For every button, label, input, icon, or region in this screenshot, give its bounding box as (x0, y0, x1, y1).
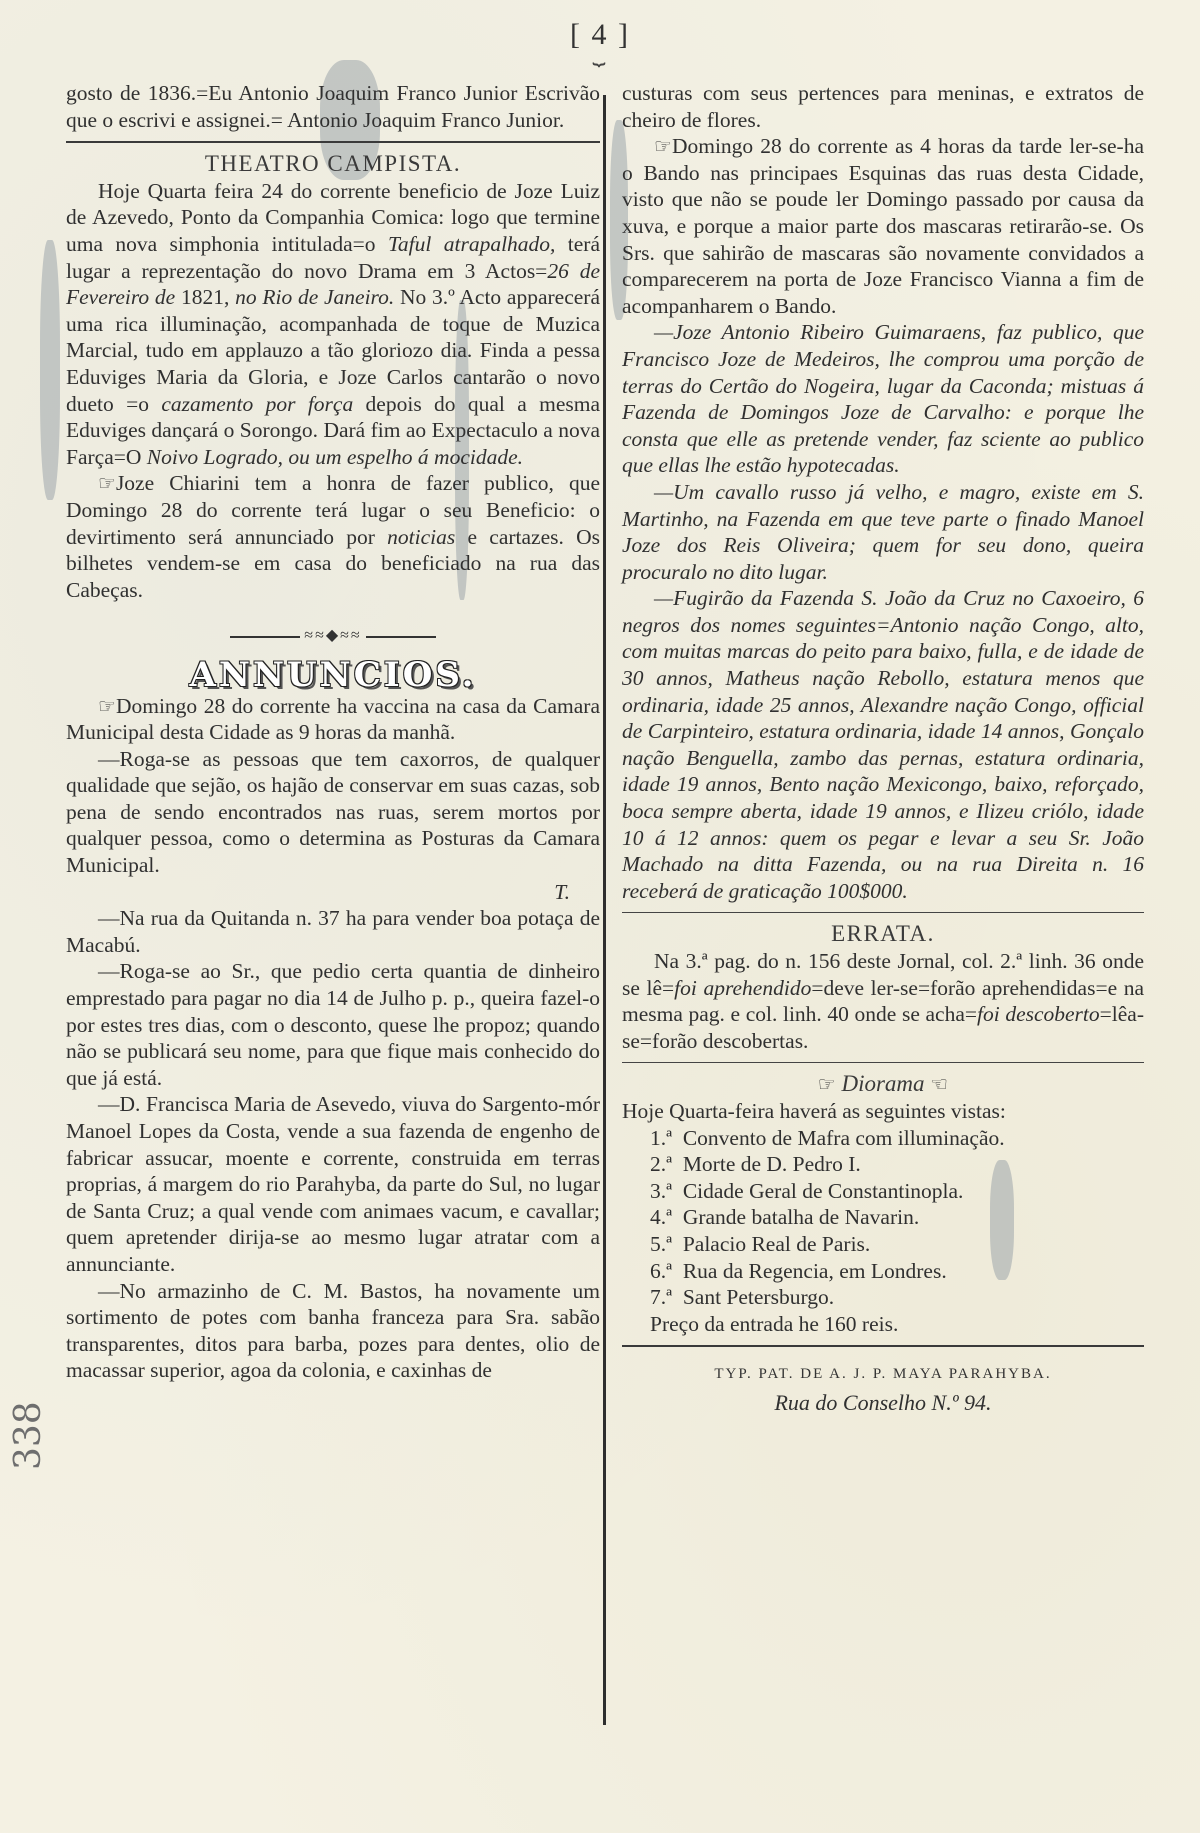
guimaraens-notice: —Joze Antonio Ribeiro Guimaraens, faz pu… (622, 319, 1144, 479)
close-bracket: ] (618, 18, 630, 51)
pointing-hand-icon: ☞ (654, 134, 672, 158)
fugitives-notice: —Fugirão da Fazenda S. João da Cruz no C… (622, 585, 1144, 904)
errata-text: Na 3.ª pag. do n. 156 deste Jornal, col.… (622, 948, 1144, 1054)
pointing-hand-icon: ☞ (98, 694, 116, 718)
list-item: 1.ª Convento de Mafra com illuminação. (622, 1125, 1144, 1152)
list-item: 2.ª Morte de D. Pedro I. (622, 1151, 1144, 1178)
section-rule (66, 141, 600, 143)
bastos-notice: —No armazinho de C. M. Bastos, ha novame… (66, 1278, 600, 1384)
errata-heading: ERRATA. (622, 921, 1144, 948)
list-item: 6.ª Rua da Regencia, em Londres. (622, 1258, 1144, 1285)
diorama-intro: Hoje Quarta-feira haverá as seguintes vi… (622, 1098, 1144, 1125)
annuncios-heading: ANNUNCIOS. (66, 662, 600, 689)
errata-section: ERRATA. Na 3.ª pag. do n. 156 deste Jorn… (622, 921, 1144, 1054)
diorama-price: Preço da entrada he 160 reis. (622, 1311, 1144, 1338)
continuation-text: gosto de 1836.=Eu Antonio Joaquim Franco… (66, 80, 600, 133)
diorama-views-list: 1.ª Convento de Mafra com illuminação. 2… (622, 1125, 1144, 1338)
printer-imprint: TYP. PAT. DE A. J. P. MAYA PARAHYBA. (622, 1361, 1144, 1388)
section-rule (622, 1345, 1144, 1347)
diorama-section: ☞ Diorama ☞ Hoje Quarta-feira haverá as … (622, 1071, 1144, 1337)
pointing-hand-icon: ☞ (930, 1071, 948, 1098)
theatro-heading: THEATRO CAMPISTA. (66, 151, 600, 178)
caxorros-notice: —Roga-se as pessoas que tem caxorros, de… (66, 746, 600, 879)
bando-notice: ☞Domingo 28 do corrente as 4 horas da ta… (622, 133, 1144, 319)
continuation-text: custuras com seus pertences para meninas… (622, 80, 1144, 133)
list-item: 4.ª Grande batalha de Navarin. (622, 1204, 1144, 1231)
pointing-hand-icon: ☞ (818, 1072, 836, 1096)
cavallo-notice: —Um cavallo russo já velho, e magro, exi… (622, 479, 1144, 585)
theatro-section: THEATRO CAMPISTA. Hoje Quarta feira 24 d… (66, 151, 600, 603)
chiarini-notice: ☞Joze Chiarini tem a honra de fazer publ… (66, 470, 600, 603)
vaccina-notice: ☞Domingo 28 do corrente ha vaccina na ca… (66, 693, 600, 746)
quitanda-notice: —Na rua da Quitanda n. 37 ha para vender… (66, 905, 600, 958)
section-rule (622, 912, 1144, 913)
decorative-divider: ≈≈◆≈≈ (66, 623, 600, 650)
printer-address: Rua do Conselho N.º 94. (622, 1390, 1144, 1417)
left-column: gosto de 1836.=Eu Antonio Joaquim Franco… (66, 80, 600, 1384)
column-divider (603, 95, 606, 1725)
list-item: 5.ª Palacio Real de Paris. (622, 1231, 1144, 1258)
dinheiro-notice: —Roga-se ao Sr., que pedio certa quantia… (66, 958, 600, 1091)
section-rule (622, 1062, 1144, 1063)
handwritten-margin-note: 338 (8, 1401, 49, 1470)
diorama-heading: ☞ Diorama ☞ (622, 1071, 1144, 1098)
right-column: custuras com seus pertences para meninas… (622, 80, 1144, 1417)
page-number: [ 4 ] ⏟ (560, 18, 640, 58)
pointing-hand-icon: ☞ (98, 471, 116, 495)
water-stain (40, 240, 60, 500)
list-item: 3.ª Cidade Geral de Constantinopla. (622, 1178, 1144, 1205)
fazenda-sale-notice: —D. Francisca Maria de Asevedo, viuva do… (66, 1091, 600, 1277)
theatro-paragraph: Hoje Quarta feira 24 do corrente benefic… (66, 178, 600, 471)
open-bracket: [ (570, 18, 582, 51)
list-item: 7.ª Sant Petersburgo. (622, 1284, 1144, 1311)
notice-signature: T. (66, 879, 600, 906)
newspaper-page: [ 4 ] ⏟ 338 gosto de 1836.=Eu Antonio Jo… (0, 0, 1200, 1833)
annuncios-section: ANNUNCIOS. ☞Domingo 28 do corrente ha va… (66, 662, 600, 1384)
